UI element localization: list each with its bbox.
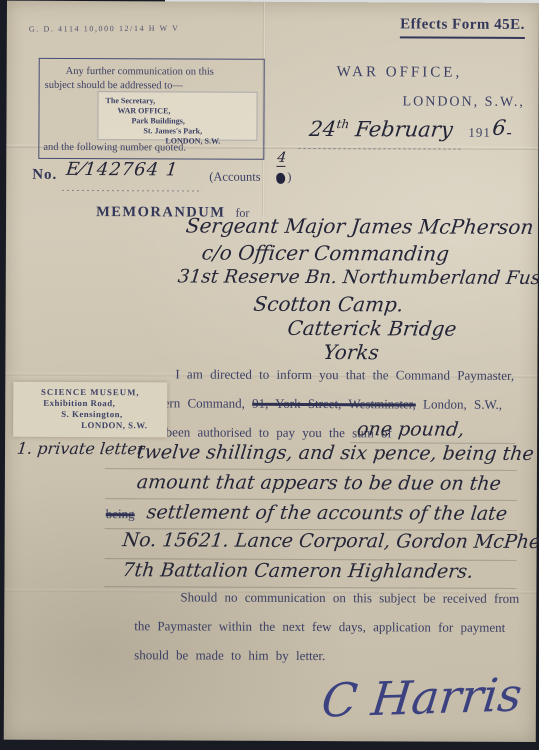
- ink-blot: [276, 169, 285, 187]
- london-heading: LONDON, S.W.,: [403, 94, 525, 111]
- body-line-1: I am directed to inform you that the Com…: [175, 366, 514, 383]
- notice-footer: and the following number quoted.: [43, 142, 186, 154]
- communication-notice-box: Any further communication on this subjec…: [38, 58, 264, 160]
- handwritten-year-digit: 6: [491, 116, 507, 140]
- form-number-label: Effects Form 45E.: [400, 16, 525, 39]
- body2-line-1: Should no communication on this subject …: [180, 589, 519, 606]
- recipient-name: Sergeant Major James McPherson: [185, 213, 535, 239]
- handwritten-soldier: No. 15621. Lance Corporal, Gordon McPher…: [121, 529, 539, 553]
- recipient-unit: 31st Reserve Bn. Northumberland Fusilier…: [177, 266, 539, 289]
- body2-line-2: the Paymaster within the next few days, …: [134, 618, 505, 636]
- accounts-label: (Accounts: [209, 170, 260, 185]
- handwritten-amount-pounds: one pound,: [356, 418, 466, 440]
- stamp-line: SCIENCE MUSEUM,: [17, 387, 163, 399]
- printed-year: 191: [468, 125, 491, 141]
- war-office-heading: WAR OFFICE,: [337, 64, 463, 82]
- signature: C Harris: [319, 667, 524, 727]
- handwritten-file-number: E⁄142764 1: [65, 159, 179, 180]
- secretary-address-line: The Secretary,: [106, 96, 156, 107]
- struck-old-address: 91, York Street, Westminster,: [252, 396, 416, 412]
- number-label: No.: [32, 167, 57, 184]
- stamp-line: LONDON, S.W.: [81, 420, 163, 431]
- date-ordinal: th: [336, 117, 350, 131]
- recipient-camp: Scotton Camp.: [252, 292, 404, 317]
- handwritten-date: 24th February: [308, 117, 454, 142]
- handwritten-amount-shillings: twelve shillings, and six pence, being t…: [136, 441, 535, 465]
- date-fill-line: [298, 148, 463, 150]
- body2-line-3: should be made to him by letter.: [134, 647, 325, 664]
- accounts-close-paren: ): [287, 170, 291, 185]
- printer-code: G. D. 4114 10,000 12/14 H W V: [29, 24, 180, 34]
- settlement-line: being settlement of the accounts of the …: [106, 501, 507, 525]
- notice-line-1: Any further communication on this: [66, 66, 214, 78]
- body-line-3: has been authorised to pay you the sum o…: [141, 424, 392, 441]
- date-day: 24: [308, 117, 337, 141]
- stamp-line: Exhibition Road,: [43, 398, 163, 410]
- struck-word-being: being: [106, 506, 135, 521]
- handwritten-battalion: 7th Battalion Cameron Highlanders.: [121, 559, 474, 583]
- handwritten-settlement: settlement of the accounts of the late: [145, 501, 508, 525]
- body-line-2-post: London, S.W.,: [423, 396, 502, 411]
- notice-line-2: subject should be addressed to—: [45, 80, 183, 92]
- science-museum-stamp: SCIENCE MUSEUM, Exhibition Road, S. Kens…: [13, 382, 167, 438]
- handwritten-accounts-number: 4: [276, 150, 287, 167]
- date-suffix-dash: -: [505, 123, 512, 142]
- recipient-town: Catterick Bridge: [286, 316, 458, 341]
- body-line-2: Eastern Command, 91, York Street, Westmi…: [141, 395, 502, 413]
- margin-note-private-letter: 1. private letter: [16, 439, 146, 459]
- number-fill-line: [62, 190, 202, 192]
- stamp-line: S. Kensington,: [61, 409, 163, 420]
- recipient-county: Yorks: [322, 340, 380, 364]
- document-page: G. D. 4114 10,000 12/14 H W V Effects Fo…: [4, 1, 539, 742]
- recipient-care-of: c/o Officer Commanding: [201, 241, 451, 266]
- handwritten-amount-due: amount that appears to be due on the: [136, 471, 502, 495]
- date-month: February: [354, 117, 454, 141]
